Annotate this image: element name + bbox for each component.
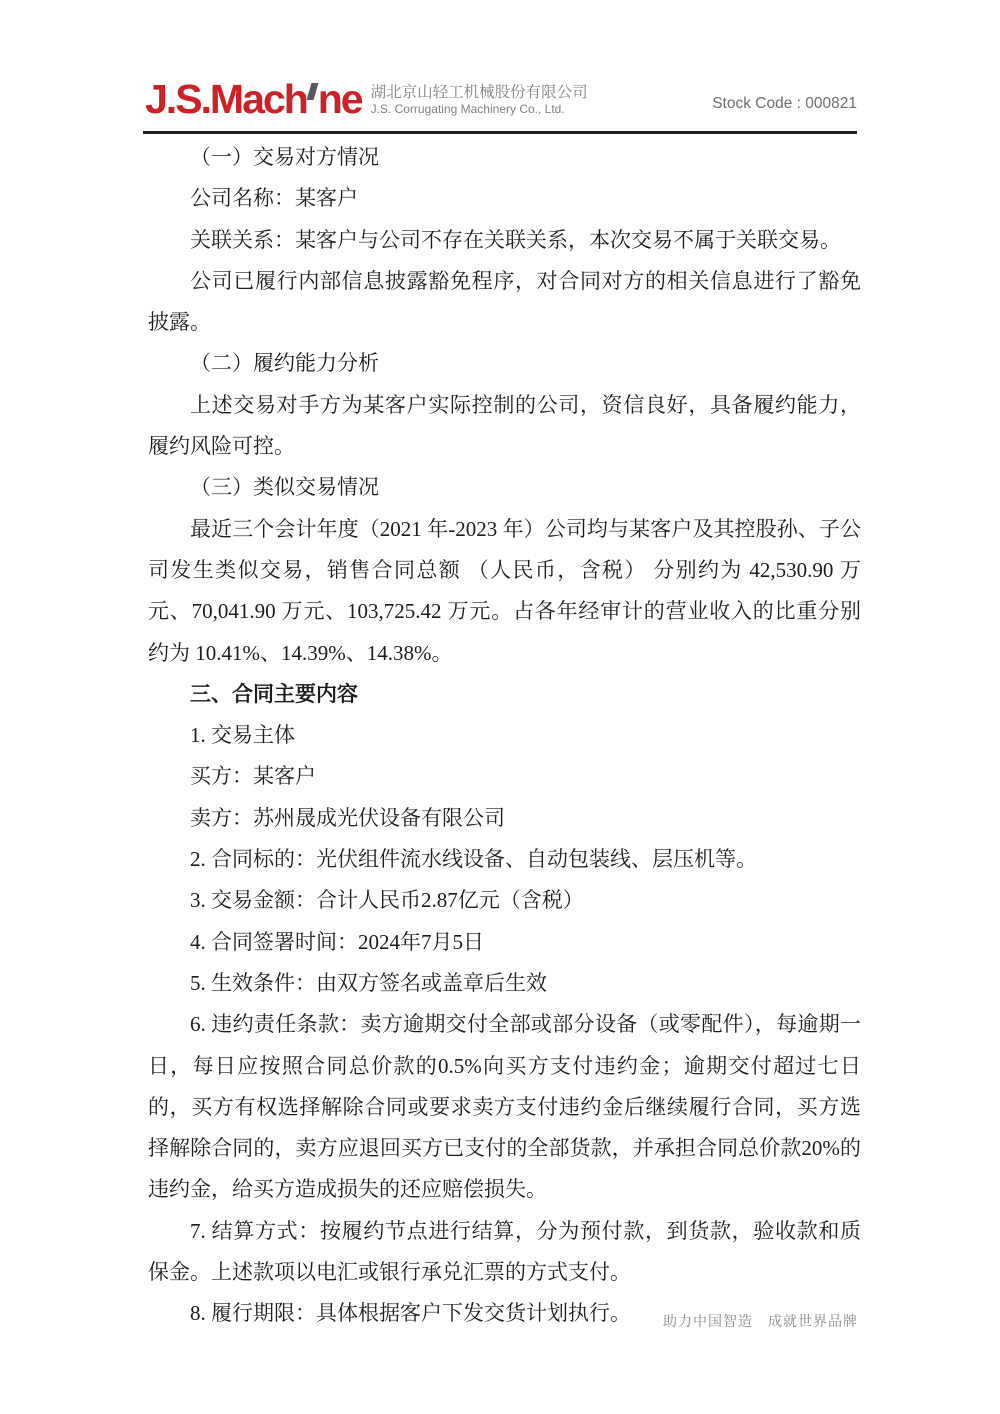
header-divider [143, 131, 857, 134]
document-body: （一）交易对方情况 公司名称：某客户 关联关系：某客户与公司不存在关联关系，本次… [148, 137, 861, 1335]
paragraph: 4. 合同签署时间：2024年7月5日 [148, 922, 861, 963]
paragraph: （二）履约能力分析 [148, 343, 861, 384]
paragraph: 6. 违约责任条款：卖方逾期交付全部或部分设备（或零配件），每逾期一日，每日应按… [148, 1004, 861, 1210]
company-names: 湖北京山轻工机械股份有限公司 J.S. Corrugating Machiner… [371, 83, 588, 117]
paragraph: 上述交易对手方为某客户实际控制的公司，资信良好，具备履约能力，履约风险可控。 [148, 385, 861, 468]
paragraph: （三）类似交易情况 [148, 467, 861, 508]
logo-text-right: ne [318, 76, 362, 122]
paragraph: 3. 交易金额：合计人民币2.87亿元（含税） [148, 880, 861, 921]
company-name-chinese: 湖北京山轻工机械股份有限公司 [371, 83, 588, 102]
paragraph: 1. 交易主体 [148, 715, 861, 756]
paragraph: 最近三个会计年度（2021 年-2023 年）公司均与某客户及其控股孙、子公司发… [148, 509, 861, 674]
paragraph: 关联关系：某客户与公司不存在关联关系，本次交易不属于关联交易。 [148, 220, 861, 261]
paragraph: 7. 结算方式：按履约节点进行结算，分为预付款，到货款，验收款和质保金。上述款项… [148, 1211, 861, 1294]
paragraph: 卖方：苏州晟成光伏设备有限公司 [148, 798, 861, 839]
section-heading: 三、合同主要内容 [148, 674, 861, 715]
paragraph: （一）交易对方情况 [148, 137, 861, 178]
logo-text-left: J.S.Mach [145, 76, 307, 122]
paragraph: 买方：某客户 [148, 756, 861, 797]
paragraph: 2. 合同标的：光伏组件流水线设备、自动包装线、层压机等。 [148, 839, 861, 880]
company-logo: J.S.Machne [145, 80, 362, 118]
paragraph: 公司已履行内部信息披露豁免程序，对合同对方的相关信息进行了豁免披露。 [148, 261, 861, 344]
company-name-english: J.S. Corrugating Machinery Co., Ltd. [371, 102, 588, 117]
footer-slogan: 助力中国智造 成就世界品牌 [663, 1311, 858, 1331]
paragraph: 5. 生效条件：由双方签名或盖章后生效 [148, 963, 861, 1004]
logo-apostrophe-mark [306, 83, 318, 100]
paragraph: 公司名称：某客户 [148, 178, 861, 219]
document-page: J.S.Machne 湖北京山轻工机械股份有限公司 J.S. Corrugati… [0, 0, 1000, 1414]
header-brand: J.S.Machne 湖北京山轻工机械股份有限公司 J.S. Corrugati… [145, 80, 588, 118]
stock-code: Stock Code : 000821 [712, 95, 857, 113]
